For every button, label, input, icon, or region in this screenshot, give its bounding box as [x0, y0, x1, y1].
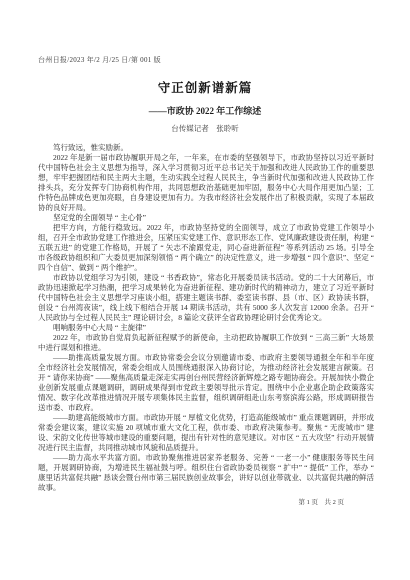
publication-date-line: 台州日报/2023 年/2 月/25 日/第 001 版: [38, 55, 161, 65]
page-number-indicator: 第 1 页 共 2 页: [299, 497, 345, 506]
article-paragraph: 2022 年是新一届市政协履职开局之年，一年来，在市委的坚强领导下，市政协坚持以…: [38, 153, 374, 213]
article-paragraph: 把牢方向，方能行稳致远。2022 年，市政协坚持党的全面领导，成立了市政协党建工…: [38, 223, 374, 273]
section-heading: 坚定党的全面领导 “ 主心骨”: [38, 213, 374, 223]
article-paragraph: 笃行致远，惟实励新。: [38, 143, 374, 153]
article-paragraph: 市政协以党组学习为引领，建设 “ 书香政协”，常态化开展委员读书活动。党的二十大…: [38, 273, 374, 323]
article-paragraph: ——助推高质量发展方面。市政协常委会会议分别邀请市委、市政府主要领导通报全年和半…: [38, 353, 374, 413]
article-body: 笃行致远，惟实励新。 2022 年是新一届市政协履职开局之年，一年来，在市委的坚…: [38, 143, 374, 493]
article-subtitle: ——市政协 2022 年工作综述: [0, 104, 410, 117]
article-title: 守正创新谱新篇: [0, 78, 410, 96]
section-heading: 唱响服务中心大局 “ 主旋律”: [38, 323, 374, 333]
byline: 台传媒记者 张聆听: [0, 123, 410, 134]
article-paragraph: ——助力高水平共富方面。市政协聚焦推进居家养老服务、完善 “ 一老一小” 健康服…: [38, 453, 374, 493]
newspaper-article-page: 台州日报/2023 年/2 月/25 日/第 001 版 守正创新谱新篇 ——市…: [0, 0, 410, 580]
article-paragraph: ——助建高能级城市方面。市政协开展 “ 厚植文化优势，打造高能级城市” 重点课题…: [38, 413, 374, 453]
article-paragraph: 2022 年，市政协自觉肩负起新征程赋予的新使命，主动把政协履职工作放到 “ 三…: [38, 333, 374, 353]
